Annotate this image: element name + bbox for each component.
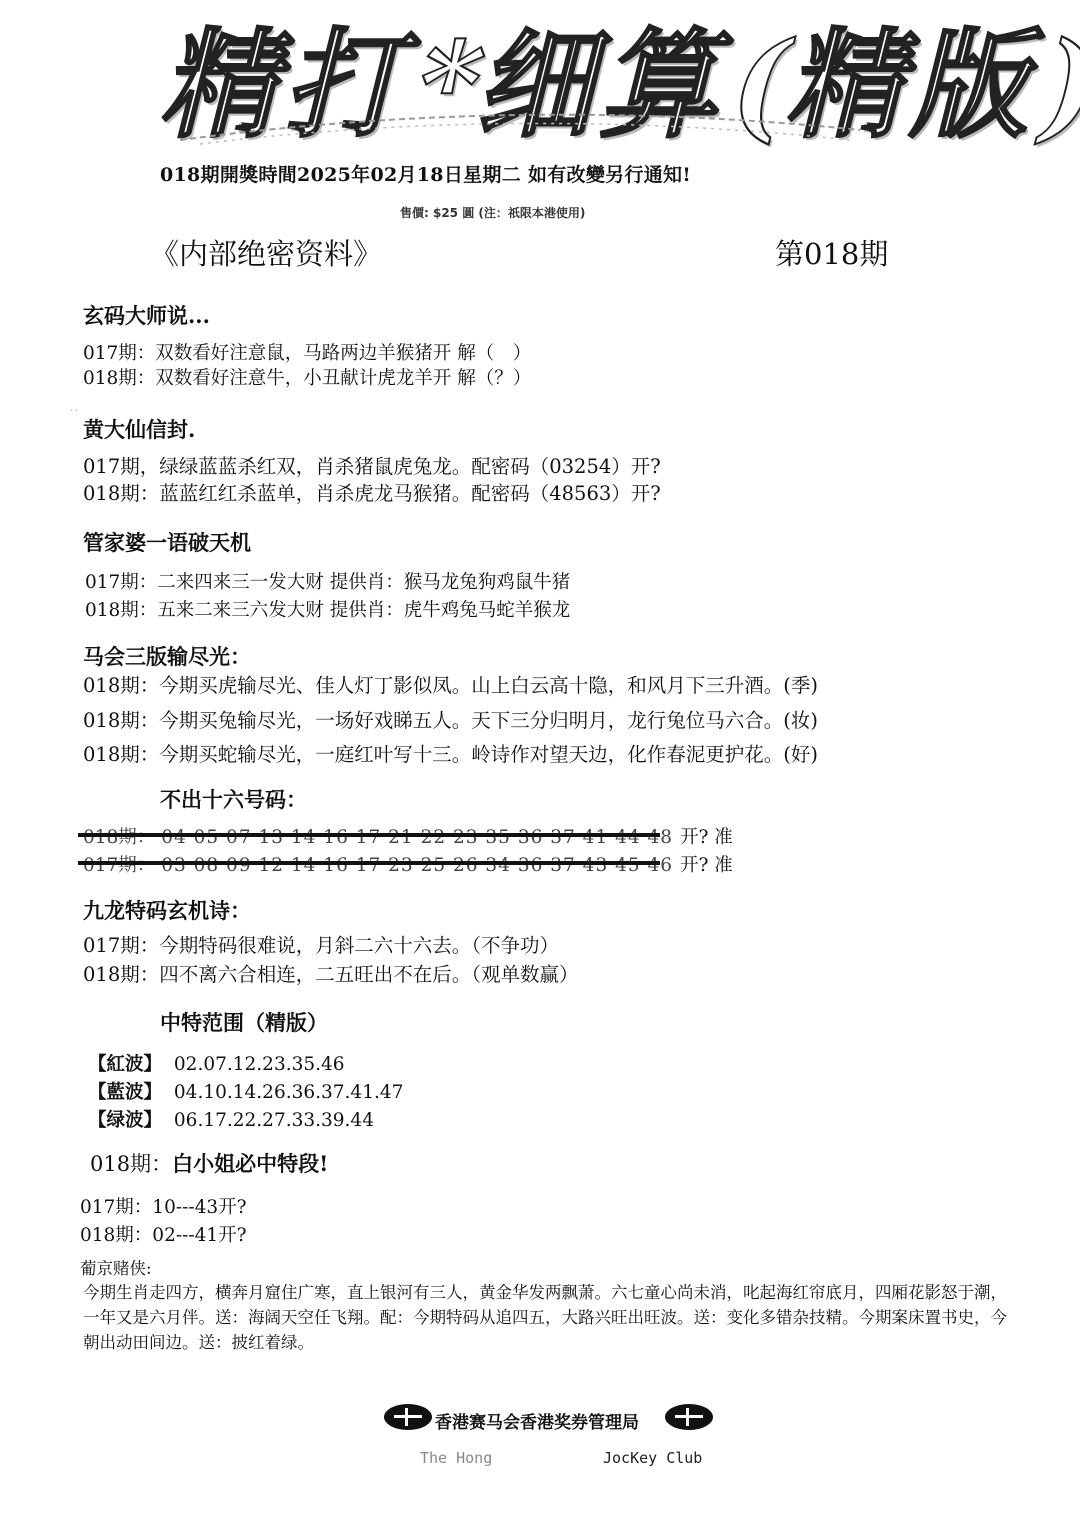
- banner-swoosh-decoration: [180, 100, 860, 145]
- row-numbers: 03 08 09 12 14 16 17 23 25 26 34 36 37 4…: [161, 855, 673, 876]
- document-title: 《内部绝密资料》: [150, 232, 382, 273]
- mahui-line: 018期：今期买兔输尽光，一场好戏睇五人。天下三分归明月，龙行兔位马六合。(妆): [83, 705, 818, 733]
- pujing-paragraph: 今期生肖走四方，横奔月窟住广寒，直上银河有三人，黄金华发两飘萧。六七童心尚未消，…: [83, 1280, 1023, 1355]
- wave-row-red: 【紅波】 02.07.12.23.35.46: [88, 1050, 345, 1076]
- mahui-line: 018期：今期买虎输尽光、佳人灯丁影似凤。山上白云高十隐，和风月下三升酒。(季): [83, 670, 818, 698]
- section-title-zhongte: 中特范围（精版）: [160, 1007, 328, 1037]
- draw-notice: 018期開獎時間2025年02月18日星期二 如有改變另行通知!: [160, 160, 691, 187]
- baixiaojie-period: 018期：: [90, 1152, 172, 1176]
- wave-numbers: 06.17.22.27.33.39.44: [174, 1110, 374, 1131]
- row-suffix: 开? 准: [680, 823, 733, 849]
- section-title-pujing: 葡京赌侠:: [80, 1255, 152, 1279]
- baixiaojie-line: 017期：10---43开?: [80, 1193, 247, 1219]
- baixiaojie-heading: 018期：白小姐必中特段!: [90, 1148, 328, 1178]
- jockey-club-logo-icon: [665, 1404, 713, 1430]
- section-title-jiulong: 九龙特码玄机诗：: [83, 895, 251, 925]
- row-suffix: 开? 准: [680, 851, 733, 877]
- xuanma-line: 017期：双数看好注意鼠，马路两边羊猴猪开 解（ ）: [83, 339, 531, 365]
- issue-number: 第018期: [775, 232, 888, 273]
- section-title-xuanma: 玄码大师说...: [83, 300, 210, 330]
- wave-row-green: 【绿波】 06.17.22.27.33.39.44: [88, 1106, 374, 1132]
- scan-dots: · ·: [70, 406, 78, 415]
- wave-label: 【藍波】: [88, 1082, 162, 1103]
- wave-row-blue: 【藍波】 04.10.14.26.36.37.41.47: [88, 1078, 403, 1104]
- footer-organization: 香港赛马会香港奖券管理局: [435, 1408, 639, 1433]
- wave-label: 【绿波】: [88, 1110, 162, 1131]
- huangdaxian-line: 017期，绿绿蓝蓝杀红双，肖杀猪鼠虎兔龙。配密码（03254）开?: [83, 451, 661, 479]
- section-title-buchu16: 不出十六号码：: [160, 784, 307, 814]
- section-title-mahui: 马会三版输尽光：: [83, 641, 251, 671]
- row-period: 018期：: [83, 827, 155, 848]
- strikethrough-line: [78, 861, 660, 865]
- price-note: 售價: $25 圓 (注：祇限本港使用): [400, 204, 585, 221]
- footer-english-left: The Hong: [420, 1449, 492, 1467]
- guanjiapo-line: 018期：五来二来三六发大财 提供肖：虎牛鸡兔马蛇羊猴龙: [85, 596, 570, 622]
- guanjiapo-line: 017期：二来四来三一发大财 提供肖：猴马龙兔狗鸡鼠牛猪: [85, 568, 570, 594]
- xuanma-line: 018期：双数看好注意牛，小丑献计虎龙羊开 解（？）: [83, 364, 531, 390]
- jockey-club-logo-icon: [384, 1404, 432, 1430]
- wave-numbers: 02.07.12.23.35.46: [174, 1054, 345, 1075]
- row-numbers: 04 05 07 13 14 16 17 21 22 23 35 36 37 4…: [161, 827, 673, 848]
- baixiaojie-line: 018期：02---41开?: [80, 1221, 247, 1247]
- section-title-baixiaojie: 白小姐必中特段!: [172, 1151, 328, 1176]
- wave-numbers: 04.10.14.26.36.37.41.47: [174, 1082, 404, 1103]
- huangdaxian-line: 018期：蓝蓝红红杀蓝单，肖杀虎龙马猴猪。配密码（48563）开?: [83, 478, 661, 506]
- strikethrough-line: [78, 833, 660, 837]
- jiulong-line: 017期：今期特码很难说，月斜二六十六去。（不争功）: [83, 930, 559, 958]
- wave-label: 【紅波】: [88, 1054, 162, 1075]
- section-title-huangdaxian: 黄大仙信封.: [83, 414, 195, 444]
- mahui-line: 018期：今期买蛇输尽光，一庭红叶写十三。岭诗作对望天边，化作春泥更护花。(好): [83, 739, 818, 767]
- section-title-guanjiapo: 管家婆一语破天机: [83, 527, 251, 557]
- footer-english-right: JocKey Club: [603, 1449, 702, 1467]
- row-period: 017期：: [83, 855, 155, 876]
- jiulong-line: 018期：四不离六合相连，二五旺出不在后。（观单数赢）: [83, 959, 578, 987]
